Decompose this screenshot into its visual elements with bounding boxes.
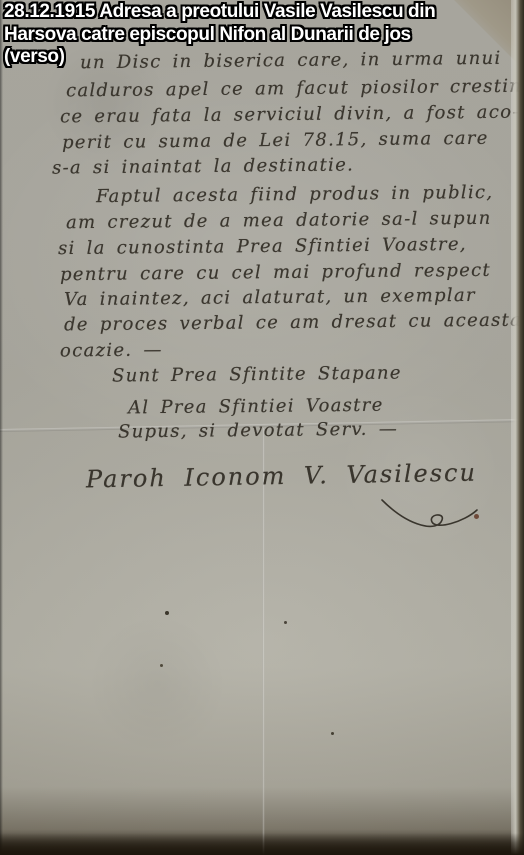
letter-line: Va inaintez, aci alaturat, un exemplar	[64, 285, 476, 310]
letter-closing: Al Prea Sfintiei Voastre	[128, 395, 384, 419]
photo-edge-bottom	[0, 833, 524, 855]
paper-speck	[165, 611, 169, 615]
letter-line: perit cu suma de Lei 78.15, suma care	[62, 128, 489, 153]
letter-closing: Supus, si devotat Serv. —	[118, 419, 398, 443]
letter-line: ocazie. —	[60, 339, 163, 361]
letter-line: un Disc in biserica care, in urma unui	[80, 48, 502, 73]
paper-speck	[160, 664, 163, 667]
caption-line-1: 28.12.1915 Adresa a preotului Vasile Vas…	[4, 1, 520, 24]
letter-line: si la cunostinta Prea Sfintiei Voastre,	[58, 234, 467, 259]
signature: Paroh Iconom V. Vasilescu	[86, 459, 477, 494]
scanned-letter-photo: 28.12.1915 Adresa a preotului Vasile Vas…	[0, 0, 524, 855]
letter-line: ce erau fata la serviciul divin, a fost …	[60, 102, 520, 128]
letter-line: am crezut de a mea datorie sa-l supun	[66, 208, 492, 233]
letter-line: de proces verbal ce am dresat cu aceasta	[64, 310, 522, 336]
signature-flourish	[380, 492, 480, 532]
letter-line: Faptul acesta fiind produs in public,	[96, 182, 494, 207]
letter-line: pentru care cu cel mai profund respect	[60, 260, 491, 286]
letter-closing: Sunt Prea Sfintite Stapane	[112, 362, 402, 386]
vertical-fold-crease	[262, 428, 265, 855]
photo-edge-left	[0, 0, 3, 855]
letter-line: calduros apel ce am facut piosilor crest…	[66, 76, 524, 102]
caption-line-2: Harsova catre episcopul Nifon al Dunarii…	[4, 24, 520, 47]
paper-speck	[284, 621, 287, 624]
letter-line: s-a si inaintat la destinatie.	[52, 154, 354, 178]
paper-speck	[331, 732, 334, 735]
photo-edge-right	[511, 0, 524, 855]
